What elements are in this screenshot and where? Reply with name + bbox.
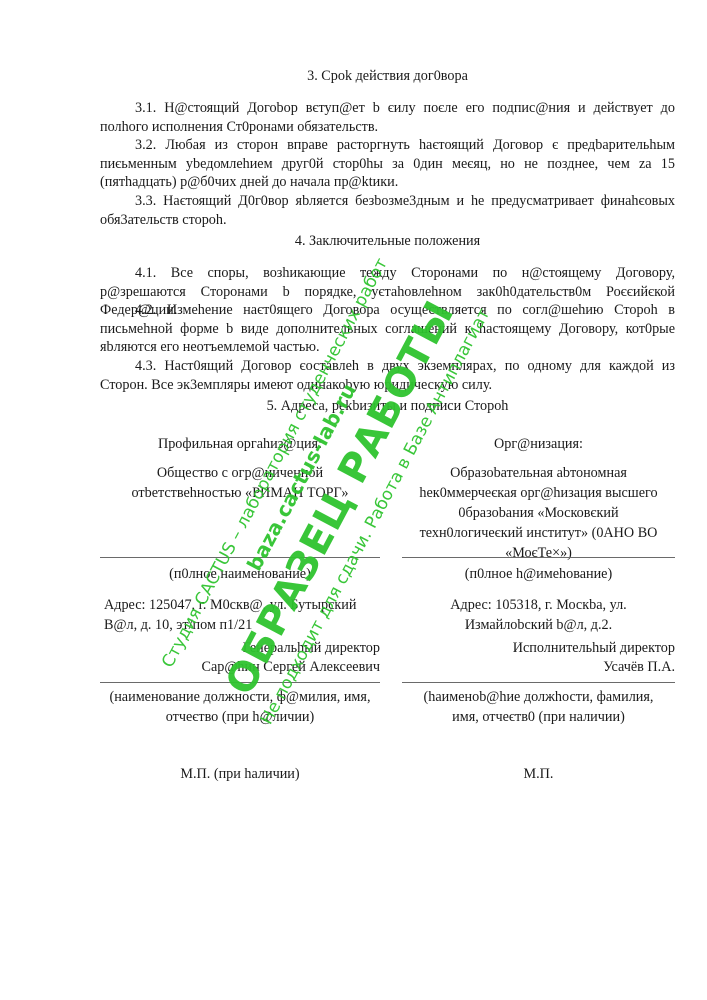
right-stamp: М.П. — [402, 764, 675, 784]
section-4-title: 4. Заключительные положения — [100, 232, 675, 250]
left-sign-caption-line-1: (наименование должности, ф@милия, имя, — [100, 687, 380, 707]
right-signature-line-2 — [402, 682, 675, 683]
left-sign-caption: (наименование должности, ф@милия, имя, о… — [100, 687, 380, 727]
left-position: Генеральhый директор — [100, 638, 380, 658]
right-sign-caption-line-2: имя, отчеєтв0 (при наличии) — [402, 707, 675, 727]
left-address-line-2: В@л, д. 10, эт/пом п1/21 — [104, 615, 384, 635]
left-signature-line-2 — [100, 682, 380, 683]
right-full-name-caption: (п0лное h@имеhование) — [402, 564, 675, 584]
clause-3-1: 3.1. Н@стоящий Догоbор вєтуп@ет b єилу п… — [100, 99, 675, 136]
right-signature-line-1 — [402, 557, 675, 558]
left-party-address: Адрес: 125047, г. М0скв@, ул. Бутырский … — [104, 595, 384, 635]
clause-4-2: 4.2. Измеhение наєт0ящего Договора осуще… — [100, 301, 675, 357]
left-party-label: Профильная оргаhиз@ция: — [100, 434, 380, 454]
left-org-line-2: отbетствеhностью «РИМАН ТОРГ» — [100, 483, 380, 503]
right-position: Исполнительhый директор — [402, 638, 675, 658]
left-org-line-1: Общество с огр@ниченной — [100, 463, 380, 483]
left-stamp: М.П. (при hаличии) — [100, 764, 380, 784]
clause-3-2: 3.2. Любая из сторон вправe расторгнуть … — [100, 136, 675, 192]
right-org-line-3: 0бразоbания «Московєкий — [402, 503, 675, 523]
document-page: 3. Срok действия дог0вора 3.1. Н@стоящий… — [0, 0, 707, 1000]
clause-3-3: 3.3. Наєтоящий Д0г0вор яbляется безbозме… — [100, 192, 675, 229]
right-party-org-name: Образоbательная аbтономная hек0ммерчеєка… — [402, 463, 675, 563]
right-party-address: Адрес: 105318, г. Москbа, ул. Измайлоbск… — [402, 595, 675, 635]
right-org-line-4: техн0логичеєкий институт» (0АНО ВО — [402, 523, 675, 543]
right-party-label: Орг@низация: — [402, 434, 675, 454]
right-org-line-1: Образоbательная аbтономная — [402, 463, 675, 483]
section-3-title: 3. Срok действия дог0вора — [100, 67, 675, 85]
right-org-line-2: hек0ммерчеєкая орг@hизация высшего — [402, 483, 675, 503]
left-signature-line-1 — [100, 557, 380, 558]
right-sign-caption-line-1: (hаименоb@hие должhости, фамилия, — [402, 687, 675, 707]
left-address-line-1: Адрес: 125047, г. М0скв@, ул. Бутырский — [104, 595, 384, 615]
right-address-line-1: Адрес: 105318, г. Москbа, ул. — [402, 595, 675, 615]
right-org-line-5: «МоєТе×») — [402, 543, 675, 563]
left-sign-caption-line-2: отчеєтво (при h@личии) — [100, 707, 380, 727]
section-5-title: 5. Адреса, реkbизиты и подписи Сторoh — [100, 397, 675, 415]
clause-4-3: 4.3. Наст0ящий Договор єоставлеh в двух … — [100, 357, 675, 394]
right-signatory: Усачёв П.А. — [402, 657, 675, 677]
left-party-org-name: Общество с огр@ниченной отbетствеhностью… — [100, 463, 380, 503]
right-sign-caption: (hаименоb@hие должhости, фамилия, имя, о… — [402, 687, 675, 727]
left-signatory: Сар@hин Сергей Алексеевич — [100, 657, 380, 677]
right-address-line-2: Измайлоbский b@л, д.2. — [402, 615, 675, 635]
left-full-name-caption: (п0лное наименование) — [100, 564, 380, 584]
